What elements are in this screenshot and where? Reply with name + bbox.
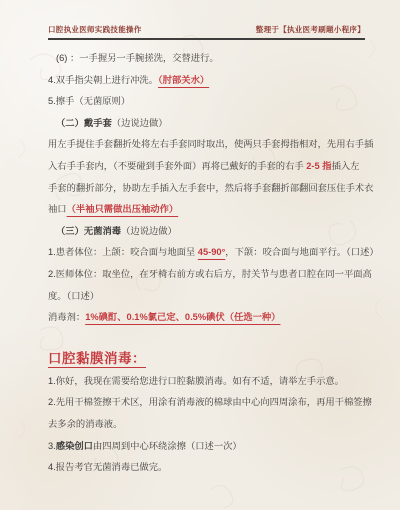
text-segment: ，下颌：咬合面与地面平行。（口述）: [225, 247, 378, 257]
text-line: 5.擦手（无菌原则）: [48, 91, 365, 113]
text-segment: 4.双手指尖朝上进行冲洗。: [48, 75, 158, 85]
text-segment: 手套的翻折部分，协助左手插入左手套中，然后将手套翻折部翻回套压住手术衣: [48, 183, 373, 193]
text-segment: 3.: [48, 441, 56, 451]
header-source: 整理于【执业医考刷题小程序】: [256, 24, 365, 35]
text-line: 度。（口述）: [48, 286, 365, 308]
text-segment: 1.你好，我现在需要给您进行口腔黏膜消毒。如有不适，请举左手示意。: [48, 376, 344, 386]
text-segment: 度。（口述）: [48, 291, 99, 301]
text-segment: （肘部关水）: [158, 75, 209, 85]
text-line: (6) ：一手握另一手腕搓洗，交替进行。: [48, 48, 365, 70]
text-line: 2.先用干棉签擦干术区，用涂有消毒液的棉球由中心向四周涂布，再用干棉签擦: [48, 392, 365, 414]
text-line: 4.双手指尖朝上进行冲洗。（肘部关水）: [48, 70, 365, 92]
text-segment: （边说边做）: [121, 226, 177, 236]
document-page: { "document": { "header": { "left": "口腔执…: [0, 0, 400, 510]
text-segment: 4.报告考官无菌消毒已做完。: [48, 462, 167, 472]
text-segment: 45-90°: [198, 247, 226, 257]
page-header: 口腔执业医师实践技能操作 整理于【执业医考刷题小程序】: [48, 24, 365, 40]
text-segment: （三）无菌消毒: [56, 226, 121, 236]
text-segment: 1%碘酊、0.1%氯己定、0.5%碘伏（任选一种）: [85, 312, 280, 322]
notes-page: 口腔执业医师实践技能操作 整理于【执业医考刷题小程序】 (6) ：一手握另一手腕…: [0, 0, 400, 479]
text-segment: 2.医师体位：取坐位，在牙椅右前方或右后方，肘关节与患者口腔在同一平面高: [48, 269, 372, 279]
text-line: （二）戴手套（边说边做）: [48, 113, 365, 135]
text-line: 4.报告考官无菌消毒已做完。: [48, 457, 365, 479]
text-line: 3.感染创口由四周到中心环绕涂擦（口述一次）: [48, 436, 365, 458]
text-line: 去多余的消毒液。: [48, 414, 365, 436]
text-segment: 口腔黏膜消毒：: [48, 351, 146, 366]
text-segment: 插入左: [332, 161, 360, 171]
text-segment: 5.擦手（无菌原则）: [48, 96, 130, 106]
text-segment: (6) ：一手握另一手腕搓洗，交替进行。: [56, 53, 219, 63]
text-segment: 入右手手套内，（不要碰到手套外面）再将已戴好的手套的右手: [48, 161, 306, 171]
text-segment: 用左手提住手套翻折处将左右手套同时取出，使两只手套拇指相对，先用右手插: [48, 139, 373, 149]
text-segment: 2.先用干棉签擦干术区，用涂有消毒液的棉球由中心向四周涂布，再用干棉签擦: [48, 397, 372, 407]
text-segment: （边说边做）: [112, 118, 168, 128]
section-heading: 口腔黏膜消毒：: [48, 346, 365, 371]
text-segment: 消毒剂：: [48, 312, 85, 322]
text-line: 1.你好，我现在需要给您进行口腔黏膜消毒。如有不适，请举左手示意。: [48, 371, 365, 393]
text-segment: 由四周到中心环绕涂擦（口述一次）: [93, 441, 242, 451]
text-segment: 2-5 指: [306, 161, 331, 171]
text-segment: 去多余的消毒液。: [48, 419, 122, 429]
text-line: 1.患者体位：上颌：咬合面与地面呈 45-90°，下颌：咬合面与地面平行。（口述…: [48, 242, 365, 264]
text-segment: （二）戴手套: [56, 118, 112, 128]
text-line: 消毒剂：1%碘酊、0.1%氯己定、0.5%碘伏（任选一种）: [48, 307, 365, 329]
text-segment: 感染创口: [56, 441, 93, 451]
text-line: 袖口（半袖只需做出压袖动作）: [48, 199, 365, 221]
text-line: 手套的翻折部分，协助左手插入左手套中，然后将手套翻折部翻回套压住手术衣: [48, 178, 365, 200]
text-line: 2.医师体位：取坐位，在牙椅右前方或右后方，肘关节与患者口腔在同一平面高: [48, 264, 365, 286]
document-body: (6) ：一手握另一手腕搓洗，交替进行。4.双手指尖朝上进行冲洗。（肘部关水）5…: [48, 40, 365, 479]
text-line: （三）无菌消毒（边说边做）: [48, 221, 365, 243]
text-segment: （半袖只需做出压袖动作）: [67, 204, 179, 214]
text-line: 入右手手套内，（不要碰到手套外面）再将已戴好的手套的右手 2-5 指插入左: [48, 156, 365, 178]
text-segment: 1.患者体位：上颌：咬合面与地面呈: [48, 247, 198, 257]
text-segment: 袖口: [48, 204, 67, 214]
header-title: 口腔执业医师实践技能操作: [48, 24, 142, 35]
text-line: 用左手提住手套翻折处将左右手套同时取出，使两只手套拇指相对，先用右手插: [48, 134, 365, 156]
